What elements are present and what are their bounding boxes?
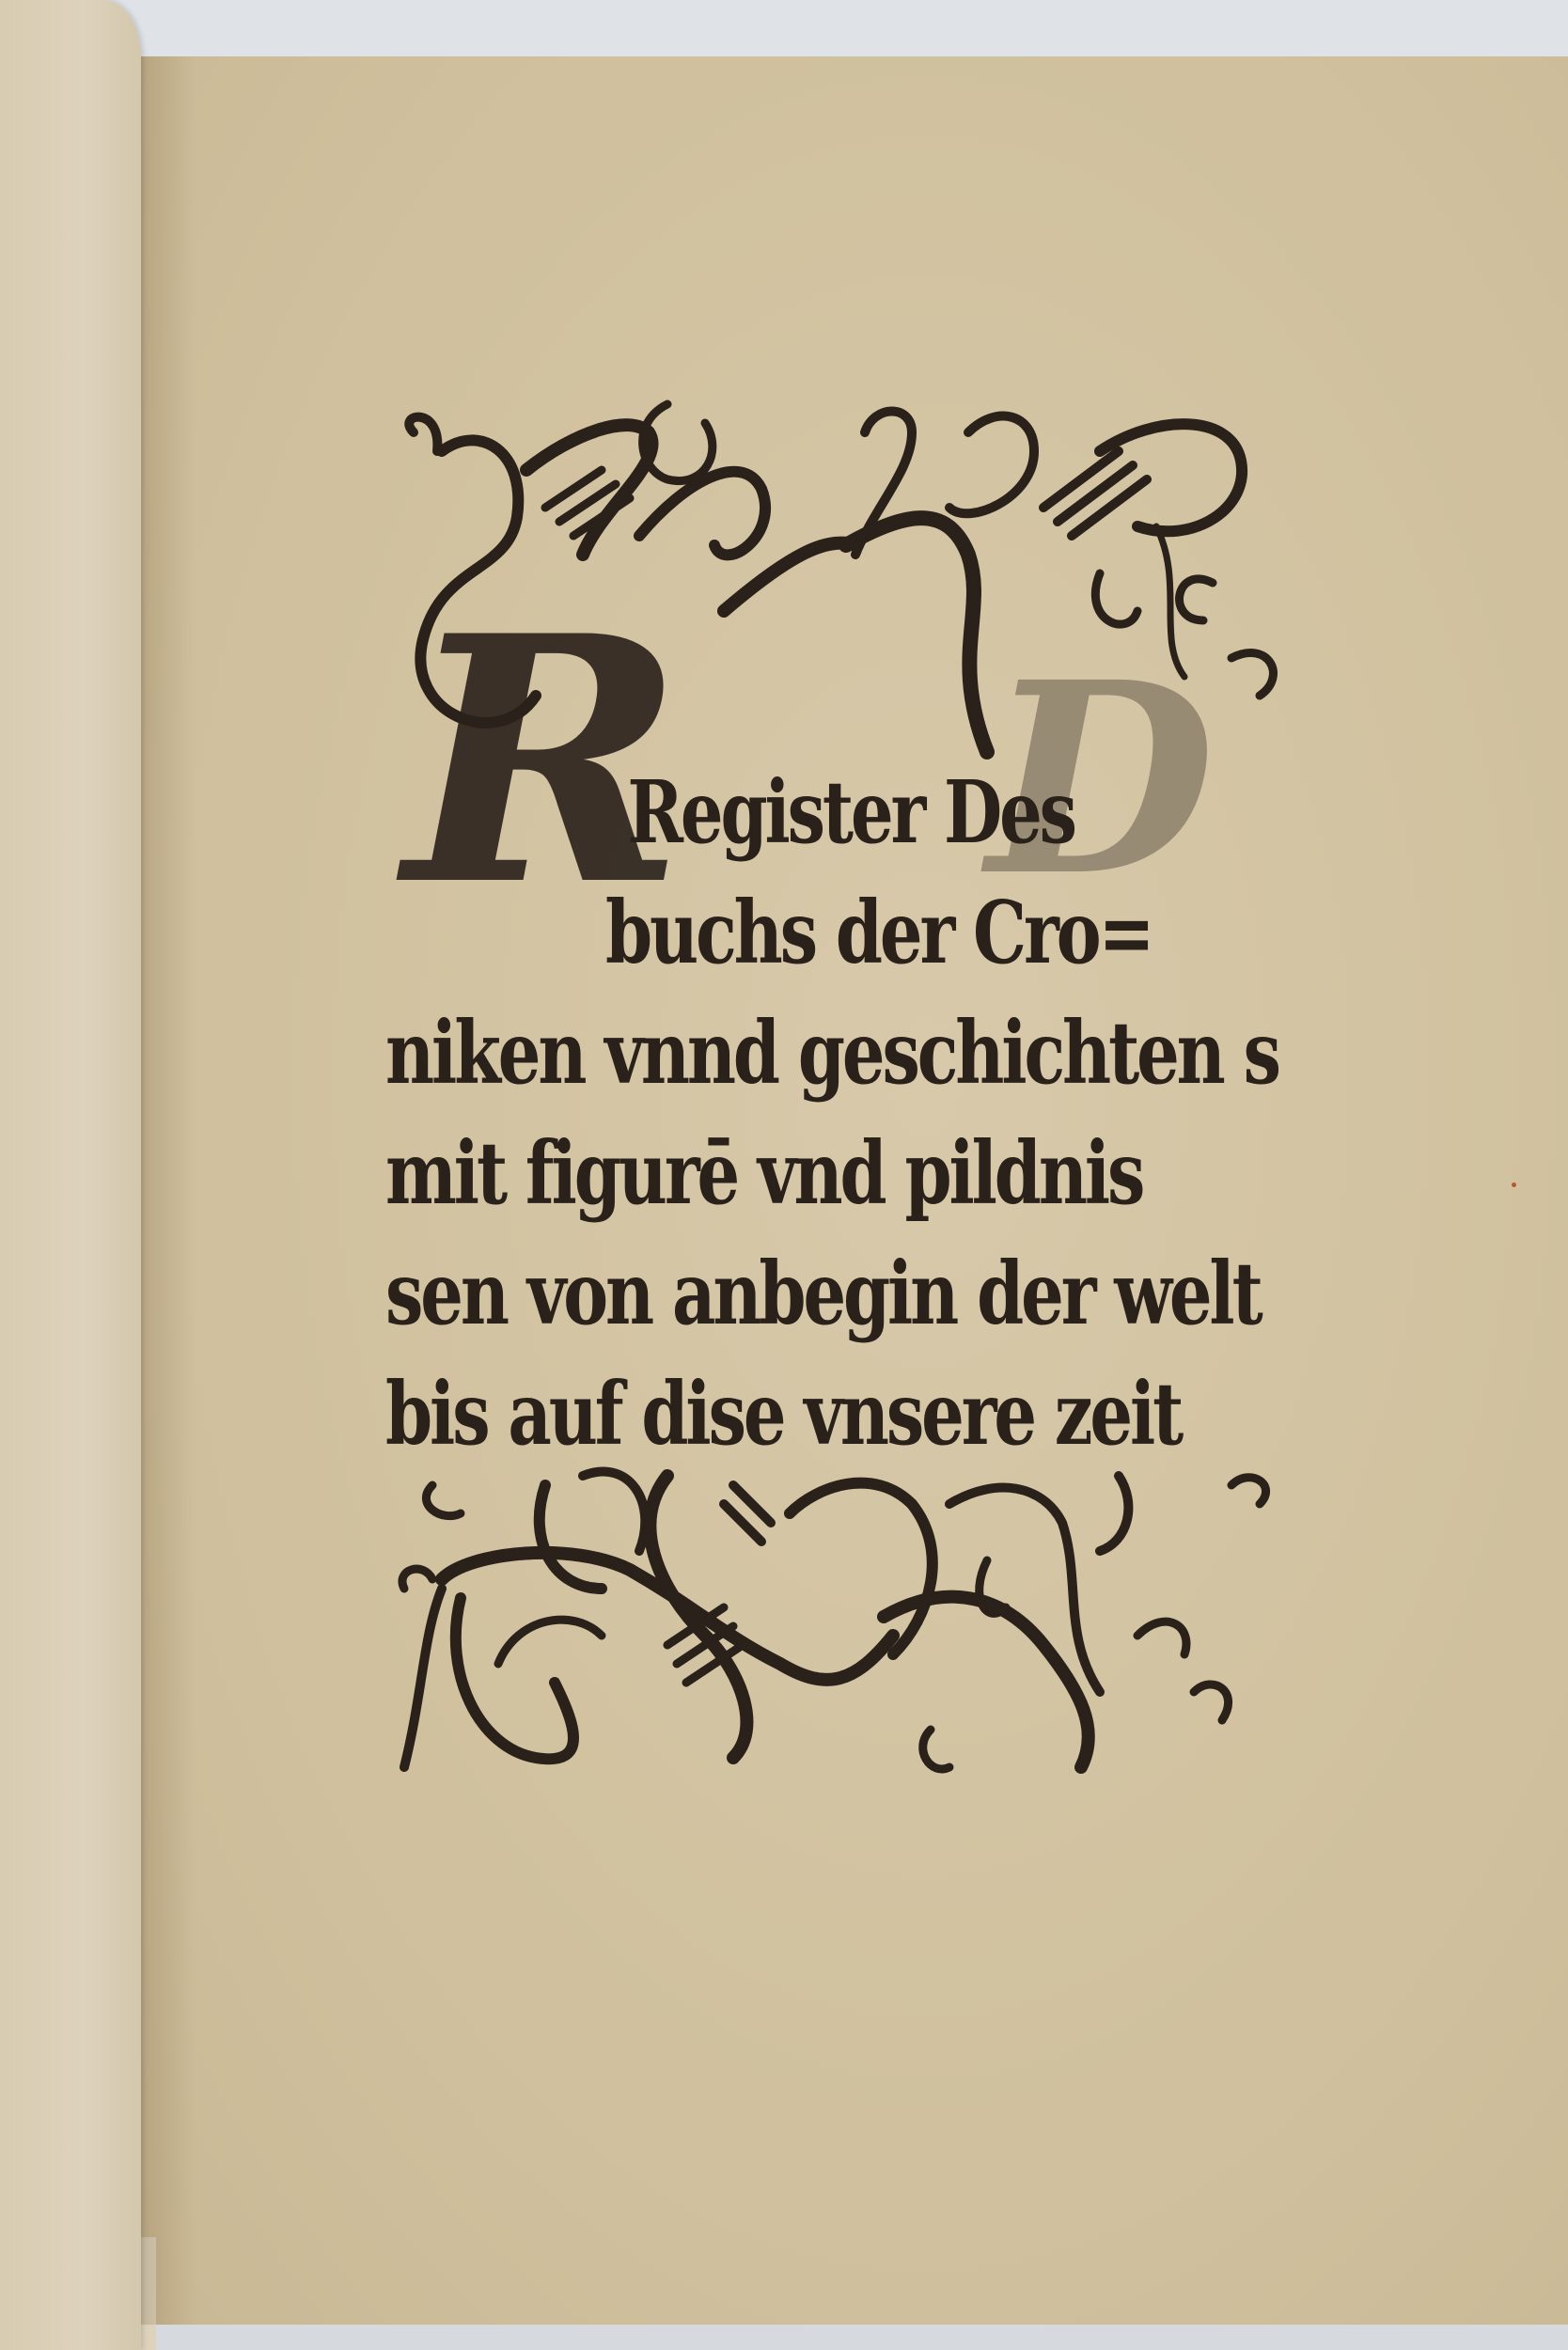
title-line-2: buchs der Cro= <box>385 872 1119 993</box>
title-text-block: Register Des buchs der Cro= niken vnnd g… <box>385 752 1325 1474</box>
calligraphic-title-plate: R D Register Des buchs der Cro= niken vn… <box>385 395 1325 1805</box>
title-line-1: Register Des <box>385 752 1119 872</box>
paper-stain <box>1512 1183 1516 1187</box>
title-line-3: niken vnnd geschichten s <box>385 993 1119 1113</box>
left-page-edge <box>0 0 141 2350</box>
gutter-shadow <box>139 56 196 2325</box>
flourish-bottom-icon <box>385 1448 1325 1805</box>
title-line-4: mit figurē vnd pildnis <box>385 1113 1119 1233</box>
bottom-flourish-ornament <box>385 1448 1325 1805</box>
title-line-5: sen von anbegin der welt <box>385 1233 1119 1354</box>
